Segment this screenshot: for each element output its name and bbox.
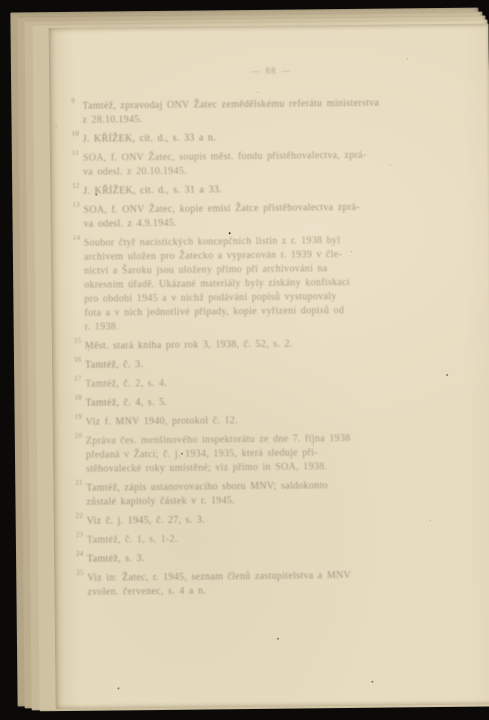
speck <box>371 681 373 683</box>
footnote-line: z 28.10.1945. <box>82 110 460 128</box>
footnote-number: 23 <box>76 532 84 539</box>
footnote-line: zůstalé kapitoly částek v r. 1945. <box>86 492 464 510</box>
page-text: — 88 — 9Tamtéž, zpravodaj ONV Žatec země… <box>82 62 466 605</box>
book: — 88 — 9Tamtéž, zpravodaj ONV Žatec země… <box>10 6 489 713</box>
footnote: 19Viz f. MNV 1940, protokol č. 12. <box>86 412 464 430</box>
footnote: 20Zpráva čes. menšinového inspektorátu z… <box>86 431 464 477</box>
footnote-number: 14 <box>73 235 81 242</box>
footnote: 18Tamtéž, č. 4, s. 5. <box>85 393 463 411</box>
footnote-line: zvolen. červenec, s. 4 a n. <box>87 582 465 600</box>
footnote: 14Soubor čtyř nacistických koncepčních l… <box>84 233 463 335</box>
footnote: 22Viz č. j. 1945, č. 27, s. 3. <box>87 511 465 529</box>
footnote: 11SOA, f. ONV Žatec, soupis měst. fondu … <box>83 148 461 180</box>
footnote-number: 22 <box>76 513 84 520</box>
footnote-line: va odesl. z 20.10.1945. <box>83 162 461 180</box>
footnote-line: va odesl. z 4.9.1945. <box>84 214 462 232</box>
footnote-number: 19 <box>75 414 83 421</box>
scan-background: — 88 — 9Tamtéž, zpravodaj ONV Žatec země… <box>0 0 489 720</box>
footnote-line: Tamtéž, č. 2, s. 4. <box>85 374 463 392</box>
speck <box>351 251 352 252</box>
footnote-number: 25 <box>76 570 84 577</box>
footnote-number: 9 <box>71 98 75 105</box>
footnote: 21Tamtéž, zápis ustanovovacího sboru MNV… <box>86 478 464 510</box>
footnotes-list: 9Tamtéž, zpravodaj ONV Žatec zemědělském… <box>82 96 465 600</box>
speck <box>88 350 89 351</box>
footnote-number: 16 <box>74 357 82 364</box>
page-number: — 88 — <box>82 62 460 80</box>
speck <box>117 687 119 689</box>
speck <box>430 520 431 521</box>
footnote-number: 15 <box>74 338 82 345</box>
footnote-line: stěhovalecké roky umístěné; viz přímo in… <box>86 459 464 477</box>
speck <box>298 23 299 24</box>
footnote-line: J. KŘÍŽEK, cit. d., s. 31 a 33. <box>83 181 461 199</box>
footnote-line: J. KŘÍŽEK, cit. d., s. 33 a n. <box>83 129 461 147</box>
footnote-line: Tamtéž, s. 3. <box>87 549 465 567</box>
book-page: — 88 — 9Tamtéž, zpravodaj ONV Žatec země… <box>49 24 489 710</box>
speck <box>229 232 231 234</box>
footnote-number: 21 <box>75 480 83 487</box>
footnote: 15Měst. stará kniha pro rok 3, 1938, č. … <box>85 336 463 354</box>
speck <box>407 58 408 59</box>
footnote-line: Viz f. MNV 1940, protokol č. 12. <box>86 412 464 430</box>
footnote-line: Tamtéž, č. 4, s. 5. <box>85 393 463 411</box>
footnote: 16Tamtéž, č. 3. <box>85 355 463 373</box>
footnote-line: Měst. stará kniha pro rok 3, 1938, č. 52… <box>85 336 463 354</box>
footnote-line: Tamtéž, č. 1, s. 1-2. <box>87 530 465 548</box>
footnote: 25Viz in: Žatec, r. 1945, seznam členů z… <box>87 568 465 600</box>
footnote-number: 10 <box>72 131 80 138</box>
speck <box>181 453 183 455</box>
footnote-number: 12 <box>72 183 80 190</box>
footnote-number: 18 <box>74 395 82 402</box>
footnote-number: 17 <box>74 376 82 383</box>
speck <box>95 194 97 196</box>
footnote: 10J. KŘÍŽEK, cit. d., s. 33 a n. <box>83 129 461 147</box>
speck <box>390 165 391 166</box>
footnote: 13SOA, f. ONV Žatec, kopie emisí Žatce p… <box>83 200 461 232</box>
footnote-number: 24 <box>76 551 84 558</box>
footnote-line: Tamtéž, č. 3. <box>85 355 463 373</box>
footnote: 9Tamtéž, zpravodaj ONV Žatec zemědělském… <box>82 96 460 128</box>
footnote: 23Tamtéž, č. 1, s. 1-2. <box>87 530 465 548</box>
speck <box>257 92 258 93</box>
speck <box>56 126 57 127</box>
footnote-number: 20 <box>75 433 83 440</box>
footnote: 17Tamtéž, č. 2, s. 4. <box>85 374 463 392</box>
speck <box>446 374 448 376</box>
footnote-number: 13 <box>72 202 80 209</box>
scanned-book-photo: { "scene": { "description": "Black-backg… <box>0 0 489 720</box>
footnote: 24Tamtéž, s. 3. <box>87 549 465 567</box>
footnote-number: 11 <box>72 150 79 157</box>
footnote-line: Viz č. j. 1945, č. 27, s. 3. <box>87 511 465 529</box>
speck <box>277 638 279 640</box>
speck <box>313 445 314 446</box>
footnote: 12J. KŘÍŽEK, cit. d., s. 31 a 33. <box>83 181 461 199</box>
